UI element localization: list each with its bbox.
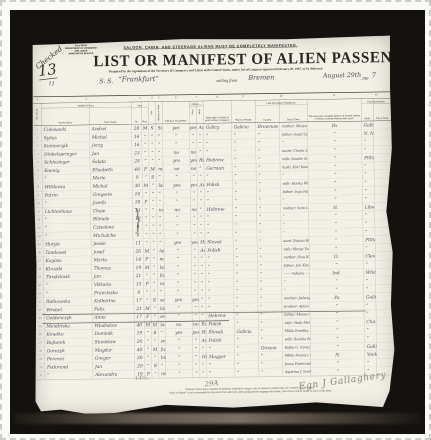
family-name-cell: Koenig <box>42 166 90 175</box>
read-cell: ” <box>164 247 191 255</box>
ss-label: S. S. <box>99 77 113 85</box>
dest-city-cell: Cleveland <box>363 252 375 260</box>
race-cell: ” <box>207 344 235 352</box>
given-name-cell: Chaie <box>91 206 133 214</box>
read-cell: no <box>163 148 190 156</box>
row-number: 18 <box>36 265 44 273</box>
residence-city-cell: ” <box>259 360 283 368</box>
dest-city-cell: ” <box>364 326 376 334</box>
race-cell: Slovak <box>205 238 233 246</box>
relative-cell: mother: Marya Colowacki, Jagly <box>280 122 308 130</box>
family-name-cell: Tirodslovik <box>44 273 92 282</box>
residence-city-cell: ” <box>259 335 283 343</box>
relative-cell: ” <box>280 138 308 146</box>
row-number: 10 <box>35 199 43 207</box>
race-cell: ” <box>205 221 233 229</box>
residence-city-cell: ” <box>258 278 282 286</box>
age-cell: 20 <box>135 362 145 370</box>
read-cell: ” <box>166 337 193 345</box>
dest-city-cell: ” <box>364 277 376 285</box>
relative-cell: ” <box>282 286 310 294</box>
relative-cell: Willie Ferencz Fremder, Szeged <box>283 351 311 359</box>
dest-city-cell: Galitzin <box>365 342 377 350</box>
given-name-cell: Jan <box>90 149 132 157</box>
read-cell: ” <box>163 132 190 140</box>
family-name-cell: Kirazda <box>44 264 92 273</box>
age-cell: 16 <box>132 141 142 149</box>
race-cell: ” <box>206 262 234 270</box>
residence-city-cell: ” <box>258 303 282 311</box>
race-cell: Slovak <box>206 328 234 336</box>
family-name-cell: Rutkowska <box>44 297 92 306</box>
relative-cell: wife: Stefa Mendriska, Plock <box>282 319 310 327</box>
manifest-page: Checked 13 Form 500-B DEPARTMENT OF COMM… <box>30 36 395 415</box>
row-number: 8 <box>34 183 42 191</box>
row-number: 4 <box>34 150 42 158</box>
read-cell: ” <box>166 353 193 361</box>
race-cell: ” <box>204 148 232 156</box>
family-name-cell: ” <box>45 371 93 380</box>
relative-cell: husb: Karl Koenig, Bremen <box>280 163 308 171</box>
relative-cell: wife: Amalie Schlesinger, Grodno <box>280 155 308 163</box>
given-name-cell: Stanislaw <box>93 337 135 345</box>
row-number: 12 <box>35 216 43 224</box>
residence-city-cell: ” <box>259 368 283 376</box>
age-cell: 26 <box>135 337 145 345</box>
residence-city-cell: ” <box>258 319 282 327</box>
residence-country-cell: ” <box>232 180 256 188</box>
residence-city-cell: ” <box>258 286 282 294</box>
dest-city-cell: Pittsburg <box>363 236 375 244</box>
dest-city-cell: ” <box>362 170 374 178</box>
residence-city-cell: ” <box>256 147 280 155</box>
header-no-on-list: No. on List. <box>36 109 38 120</box>
row-number: 6 <box>34 167 42 175</box>
family-name-cell: Schlesinger <box>42 158 90 167</box>
family-name-cell: ” <box>44 289 92 298</box>
read-cell: ” <box>164 230 191 238</box>
header-read: Read. <box>192 109 194 115</box>
given-name-cell: Alexandra <box>93 370 135 378</box>
residence-country-cell: ” <box>234 319 258 327</box>
read-cell: yes <box>163 156 190 164</box>
residence-country-cell: ” <box>235 368 259 376</box>
given-name-cell: Jan <box>92 272 134 280</box>
read-cell: ” <box>164 214 191 222</box>
given-name-cell: Marie <box>90 174 132 182</box>
race-cell: ” <box>205 197 233 205</box>
age-cell: 48 <box>132 165 142 173</box>
header-occupation: Calling or Occupation. <box>162 101 189 123</box>
given-name-cell: Andrei <box>90 124 132 132</box>
pencil-eleven: 11 <box>48 80 55 86</box>
given-name-cell: Jozefa <box>91 198 133 206</box>
residence-country-cell: ” <box>234 287 258 295</box>
race-cell: ” <box>205 230 233 238</box>
residence-country-cell: ” <box>235 352 259 360</box>
sailing-from-label: sailing from <box>216 78 237 84</box>
age-cell: 28 <box>132 124 142 132</box>
read-cell: ” <box>165 279 192 287</box>
relative-cell: ” <box>281 220 309 228</box>
row-number: 3 <box>34 142 42 150</box>
age-cell: 8 <box>134 288 144 296</box>
read-cell: ” <box>166 345 193 353</box>
sailing-date: August 29th <box>323 71 361 79</box>
residence-country-cell: ” <box>233 254 257 262</box>
given-name-cell: Josef <box>91 247 133 255</box>
given-name-cell: Magdar <box>93 346 135 354</box>
read-cell: no <box>164 206 191 214</box>
race-cell: ” <box>204 131 232 139</box>
form-footnote: *Instead of showing occupation of member… <box>154 385 347 394</box>
residence-city-cell: ” <box>256 131 280 139</box>
dest-city-cell: ” <box>364 310 376 318</box>
race-cell: Galicy <box>204 123 232 131</box>
residence-country-cell: ” <box>232 139 256 147</box>
row-number: 28 <box>37 347 45 355</box>
age-cell: 15 <box>134 280 144 288</box>
relative-cell: mother: Jadwiga Rutkowska <box>282 294 310 302</box>
dest-city-cell: ” <box>364 301 376 309</box>
residence-country-cell: ” <box>235 336 259 344</box>
given-name-cell: Thomas <box>92 264 134 272</box>
given-name-cell: Felix <box>92 305 134 313</box>
given-name-cell: Michalche <box>91 231 133 239</box>
read-cell: ” <box>165 304 192 312</box>
residence-country-cell: ” <box>235 360 259 368</box>
group-able-to: Able to— <box>189 102 203 106</box>
given-name-cell: Viktoria <box>92 280 134 288</box>
dest-city-cell: ” <box>362 178 374 186</box>
residence-city-cell: ” <box>257 196 281 204</box>
age-cell: 21 <box>134 305 144 313</box>
row-number: 11 <box>35 208 43 216</box>
relative-cell: brother: Adam Wrobel, Lancut <box>282 302 310 310</box>
residence-country-cell: ” <box>234 303 258 311</box>
row-number: 21 <box>36 290 44 298</box>
dest-city-cell: ” <box>364 260 376 268</box>
race-cell: ” <box>207 369 235 377</box>
race-cell: ” <box>204 172 232 180</box>
relative-cell: ” <box>281 212 309 220</box>
row-number: 29 <box>37 355 45 363</box>
family-name-cell: Sylias <box>42 133 90 142</box>
row-number: 9 <box>35 191 43 199</box>
residence-city-cell: ” <box>256 188 280 196</box>
dest-city-cell: Libowsky <box>363 203 375 211</box>
family-name-cell: ” <box>44 281 92 290</box>
row-number: 15 <box>35 240 43 248</box>
row-number: 19 <box>36 273 44 281</box>
row-number: 5 <box>34 158 42 166</box>
given-name-cell: Gregor <box>93 354 135 362</box>
family-name-cell: Gorezyk <box>45 346 93 355</box>
residence-city-cell: ” <box>258 294 282 302</box>
residence-city-cell: ” <box>256 155 280 163</box>
given-name-cell: Michal <box>90 182 132 190</box>
race-cell: ” <box>206 279 234 287</box>
relative-cell: ” <box>280 171 308 179</box>
residence-country-cell: ” <box>233 196 257 204</box>
race-cell: Magyar <box>207 352 235 360</box>
relative-cell: Jozsa Fodorand, Debrecen <box>283 360 311 368</box>
relative-cell: ” <box>282 278 310 286</box>
relative-cell: aunt: Zsuzsa Horyle, Kassa <box>281 237 309 245</box>
read-cell: yes <box>165 328 192 336</box>
family-name-cell: ” <box>43 199 91 208</box>
family-name-cell: ” <box>43 223 91 232</box>
dest-city-cell: ” <box>364 285 376 293</box>
family-name-cell: ” <box>42 174 90 183</box>
dest-city-cell: Gallitzin <box>362 121 374 129</box>
race-cell: Polish <box>207 336 235 344</box>
family-name-cell: Horyle <box>43 240 91 249</box>
age-cell: 30 <box>132 182 142 190</box>
port-name: Bremen <box>248 73 274 81</box>
residence-country-cell: ” <box>233 229 257 237</box>
given-name-cell: Franciszka <box>92 288 134 296</box>
read-cell: ” <box>165 271 192 279</box>
dest-city-cell: ” <box>363 211 375 219</box>
residence-country-cell: ” <box>232 131 256 139</box>
dest-city-cell: Chicago <box>364 318 376 326</box>
residence-city-cell: ” <box>256 163 280 171</box>
family-name-cell: Bojtorek <box>45 338 93 347</box>
residence-country-cell: ” <box>235 344 259 352</box>
age-cell: 26 <box>133 247 143 255</box>
residence-city-cell: ” <box>257 204 281 212</box>
residence-city-cell: ” <box>256 139 280 147</box>
residence-country-cell: ” <box>233 213 257 221</box>
residence-country-cell: ” <box>234 295 258 303</box>
family-name-cell: Patrin <box>43 191 91 200</box>
read-cell: ” <box>163 173 190 181</box>
given-name-cell: Cziselene <box>91 223 133 231</box>
read-cell: ” <box>165 287 192 295</box>
row-number: 2 <box>34 134 42 142</box>
residence-city-cell: ” <box>258 262 282 270</box>
row-number: 27 <box>37 339 45 347</box>
read-cell: yes <box>165 296 192 304</box>
residence-city-cell: ” <box>256 172 280 180</box>
residence-city-cell: ” <box>258 327 282 335</box>
given-name-cell: Salata <box>90 157 132 165</box>
residence-city-cell: ” <box>256 180 280 188</box>
residence-country-cell: ” <box>233 237 257 245</box>
read-cell: ” <box>166 369 193 377</box>
group-last-permanent-residence: Last Permanent Residence. <box>255 101 307 105</box>
row-number: 26 <box>36 331 44 339</box>
age-cell: 14 <box>133 255 143 263</box>
race-cell: ” <box>204 139 232 147</box>
row-number: 30 <box>37 363 45 371</box>
residence-country-cell: ” <box>233 221 257 229</box>
residence-city-cell: ” <box>259 352 283 360</box>
residence-country-cell: ” <box>233 205 257 213</box>
given-name-cell: Elisabeth <box>90 165 132 173</box>
residence-city-cell: ” <box>257 253 281 261</box>
residence-country-cell: ” <box>232 172 256 180</box>
dest-city-cell: ” <box>365 359 377 367</box>
family-name-cell: Wittkowa <box>42 182 90 191</box>
row-number: 22 <box>36 298 44 306</box>
dest-city-cell: Yonkers <box>365 350 377 358</box>
race-cell: ” <box>205 213 233 221</box>
residence-city-cell: ” <box>257 245 281 253</box>
residence-country-cell: ” <box>234 270 258 278</box>
row-number: 20 <box>36 281 44 289</box>
row-number: 24 <box>36 314 44 322</box>
relative-cell: wife: Hanka Wittkowa, Krosno <box>280 179 308 187</box>
family-name-cell: Wrobel <box>44 305 92 314</box>
age-cell: 30 <box>135 354 145 362</box>
family-name-cell: Tandowel <box>43 248 91 257</box>
header-nationality: Nationality. (Country of which citizen o… <box>203 101 231 123</box>
read-cell: yes <box>163 181 190 189</box>
photo-frame: Checked 13 Form 500-B DEPARTMENT OF COMM… <box>0 0 431 440</box>
residence-country-cell: Galicia <box>232 123 256 131</box>
race-cell: Hebrew <box>204 156 232 164</box>
relative-cell: Mikla Kmetko, Zemun <box>282 327 310 335</box>
race-cell: ” <box>206 287 234 295</box>
dest-city-cell: ” <box>362 146 374 154</box>
age-cell: 28 <box>132 157 142 165</box>
family-name-cell: Kamnergik <box>42 141 90 150</box>
dest-city-cell: ” <box>362 137 374 145</box>
dest-city-cell: ” <box>362 162 374 170</box>
read-cell: ” <box>165 263 192 271</box>
read-cell: no <box>163 165 190 173</box>
race-cell: ” <box>206 295 234 303</box>
relative-cell: Aspirina J. Smilie <box>283 368 311 376</box>
dest-city-cell: ” <box>363 195 375 203</box>
race-cell: German <box>204 164 232 172</box>
family-name-cell: Fodorand <box>45 363 93 372</box>
read-cell: ” <box>166 361 193 369</box>
age-cell: 17 <box>134 313 144 321</box>
age-cell: 40 <box>135 346 145 354</box>
read-cell: ” <box>163 140 190 148</box>
dest-city-cell: ” <box>365 334 377 342</box>
residence-city-cell: ” <box>257 237 281 245</box>
family-name-cell: Kmetko <box>44 330 92 339</box>
family-name-cell: ” <box>43 232 91 241</box>
race-cell: Polish <box>205 246 233 254</box>
race-cell: ” <box>206 271 234 279</box>
age-cell: 9 <box>132 173 142 181</box>
family-bracket: } <box>133 204 142 235</box>
family-name-cell: ” <box>43 215 91 224</box>
age-cell: 19 <box>134 329 144 337</box>
family-name-cell: Colowacki <box>42 125 90 134</box>
given-name-cell: Blimele <box>91 215 133 223</box>
residence-country-cell: ” <box>232 188 256 196</box>
age-cell: 16 <box>132 133 142 141</box>
row-number: 23 <box>36 306 44 314</box>
relative-cell: mother: Ewa Kagoza, Dukla <box>281 253 309 261</box>
relative-cell: ” <box>281 196 309 204</box>
race-cell: Hebrew <box>205 205 233 213</box>
dest-city-cell: Whiting <box>364 269 376 277</box>
dest-city-cell: Gallitzin <box>364 293 376 301</box>
residence-country-cell: ” <box>232 155 256 163</box>
family-name-cell: Kagoza <box>43 256 91 265</box>
race-cell: ” <box>205 254 233 262</box>
read-cell: ” <box>164 189 191 197</box>
read-cell: ” <box>164 222 191 230</box>
relative-cell: mother: Sure Lichtenhaus <box>281 204 309 212</box>
relative-cell: ” <box>281 229 309 237</box>
family-name-cell: Dinkelspringer <box>42 150 90 159</box>
header-sex: Sex. <box>151 110 153 114</box>
manifest-rows: 1 Colowacki Andrei 28 M S Schuhmacher ye… <box>34 121 396 380</box>
row-number: 7 <box>34 175 42 183</box>
relative-cell: father: Ivan Patrin, Sanok <box>280 188 308 196</box>
row-number: 17 <box>35 257 43 265</box>
relative-cell: father: Josef Sylias, Brzesko <box>280 130 308 138</box>
family-name-cell: Ferencz <box>45 354 93 363</box>
given-name-cell: Michal <box>90 133 132 141</box>
scan-background: Checked 13 Form 500-B DEPARTMENT OF COMM… <box>10 10 425 434</box>
relative-cell: uncle: Chaim Spring, Tarnow <box>280 147 308 155</box>
row-number: 13 <box>35 224 43 232</box>
group-age: Age. <box>131 104 148 108</box>
given-name-cell: Katherina <box>92 296 134 304</box>
age-cell: 19 <box>134 264 144 272</box>
race-cell: ” <box>207 361 235 369</box>
age-cell: 16 <box>133 190 143 198</box>
age-cell: 17 <box>134 296 144 304</box>
manifest-document: Checked 13 Form 500-B DEPARTMENT OF COMM… <box>30 36 395 415</box>
race-cell: ” <box>204 189 232 197</box>
residence-city-cell: ” <box>258 270 282 278</box>
relative-cell: —— Indiana —— <box>282 269 310 277</box>
dest-city-cell: ” <box>363 244 375 252</box>
dest-city-cell: ” <box>363 219 375 227</box>
residence-country-cell: ” <box>233 246 257 254</box>
relative-cell: wife: Rozalia Bojtorek, Bochnia <box>283 335 311 343</box>
dest-city-cell: ” <box>363 228 375 236</box>
race-cell: Polish <box>204 180 232 188</box>
read-cell: ” <box>164 197 191 205</box>
row-number: 1 <box>34 126 42 134</box>
age-cell: 11 <box>133 239 143 247</box>
date-print: , 190 <box>360 76 369 81</box>
row-number: 31 <box>37 371 45 379</box>
given-name-cell: Gregorie <box>91 190 133 198</box>
given-name-cell: Jan <box>93 362 135 370</box>
read-cell: yes <box>163 124 190 132</box>
date-year: 7 <box>372 71 376 79</box>
read-cell: ” <box>164 255 191 263</box>
ship-name: “Frankfurt” <box>118 75 159 84</box>
given-name-cell: Jessie <box>91 239 133 247</box>
group-final-destination: Final Destination. <box>361 100 391 104</box>
residence-city-cell: Brownow <box>256 122 280 130</box>
residence-city-cell: ” <box>257 229 281 237</box>
dest-city-cell: ” <box>362 187 374 195</box>
residence-country-cell: ” <box>232 147 256 155</box>
header-relative: The name and complete address of nearest… <box>307 99 361 122</box>
race-cell: ” <box>206 303 234 311</box>
residence-country-cell: Galicia <box>234 328 258 336</box>
relative-cell: father: Jan Kirazda, Sambor <box>282 261 310 269</box>
dest-city-cell: Pittsburg <box>362 154 374 162</box>
residence-country-cell: ” <box>234 262 258 270</box>
family-name-cell: Lichtenhaus <box>43 207 91 216</box>
relative-cell: Kolbe G. Gorezyk, Rzeszow <box>283 343 311 351</box>
